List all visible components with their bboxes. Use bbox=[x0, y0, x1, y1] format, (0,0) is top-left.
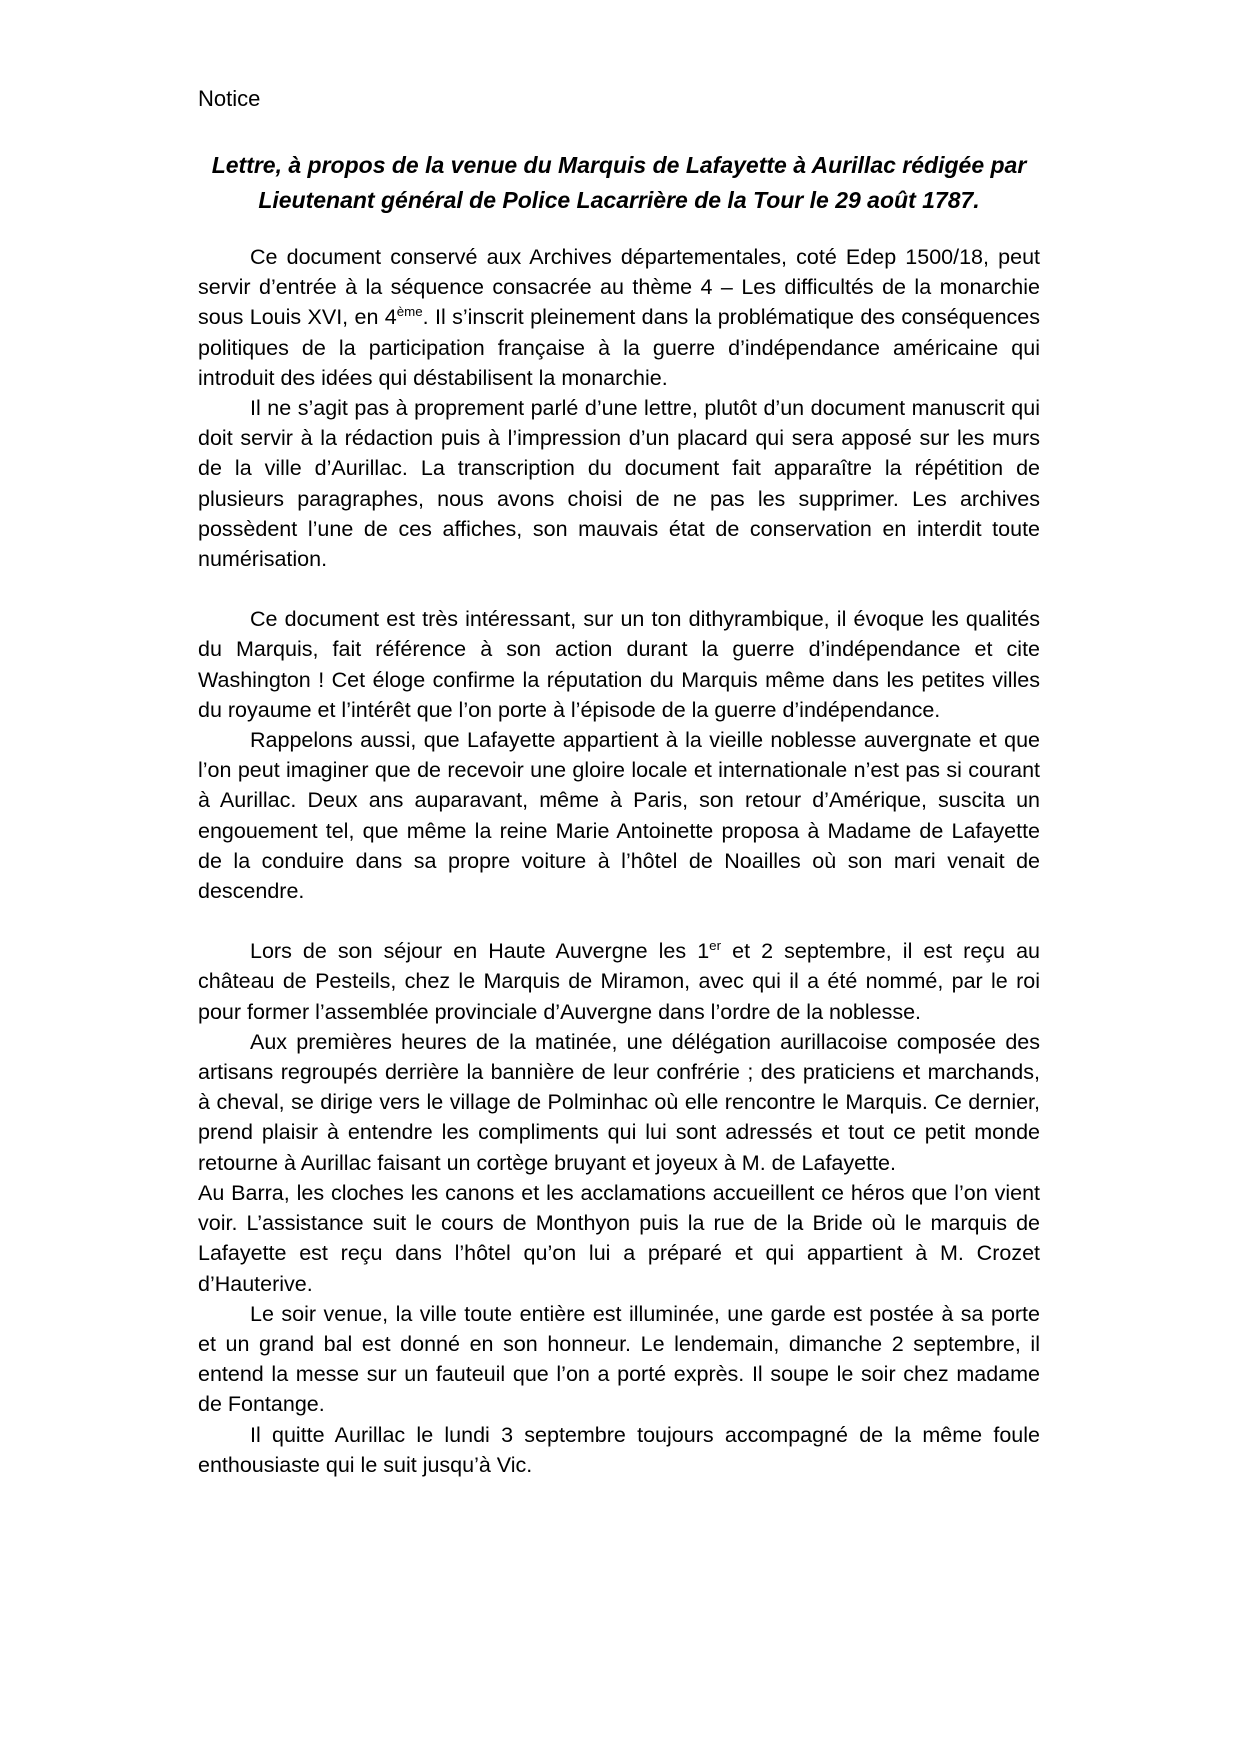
paragraph-run: Ce document est très intéressant, sur un… bbox=[198, 607, 1040, 722]
paragraph-superscript: er bbox=[709, 938, 721, 953]
paragraph: Aux premières heures de la matinée, une … bbox=[198, 1027, 1040, 1178]
paragraph-run: Lors de son séjour en Haute Auvergne les… bbox=[250, 939, 709, 963]
paragraph: Il ne s’agit pas à proprement parlé d’un… bbox=[198, 393, 1040, 574]
paragraph-run: Il ne s’agit pas à proprement parlé d’un… bbox=[198, 396, 1040, 571]
doc-title: Lettre, à propos de la venue du Marquis … bbox=[198, 148, 1040, 218]
document-page: Notice Lettre, à propos de la venue du M… bbox=[0, 0, 1240, 1753]
paragraph-run: Au Barra, les cloches les canons et les … bbox=[198, 1181, 1040, 1296]
paragraph: Rappelons aussi, que Lafayette appartien… bbox=[198, 725, 1040, 906]
paragraph: Il quitte Aurillac le lundi 3 septembre … bbox=[198, 1420, 1040, 1480]
doc-title-line-2: Lieutenant général de Police Lacarrière … bbox=[198, 183, 1040, 218]
paragraph: Ce document conservé aux Archives départ… bbox=[198, 242, 1040, 393]
doc-title-line-1: Lettre, à propos de la venue du Marquis … bbox=[198, 148, 1040, 183]
paragraph-run: Le soir venue, la ville toute entière es… bbox=[198, 1302, 1040, 1417]
paragraph-run: Il quitte Aurillac le lundi 3 septembre … bbox=[198, 1423, 1040, 1477]
paragraph: Ce document est très intéressant, sur un… bbox=[198, 604, 1040, 725]
paragraph-run: Rappelons aussi, que Lafayette appartien… bbox=[198, 728, 1040, 903]
doc-label: Notice bbox=[198, 86, 1040, 112]
paragraph: Lors de son séjour en Haute Auvergne les… bbox=[198, 936, 1040, 1027]
paragraph: Au Barra, les cloches les canons et les … bbox=[198, 1178, 1040, 1299]
paragraph: Le soir venue, la ville toute entière es… bbox=[198, 1299, 1040, 1420]
paragraph-run: Aux premières heures de la matinée, une … bbox=[198, 1030, 1040, 1175]
doc-body: Ce document conservé aux Archives départ… bbox=[198, 242, 1040, 1480]
paragraph-superscript: ème bbox=[397, 304, 423, 319]
